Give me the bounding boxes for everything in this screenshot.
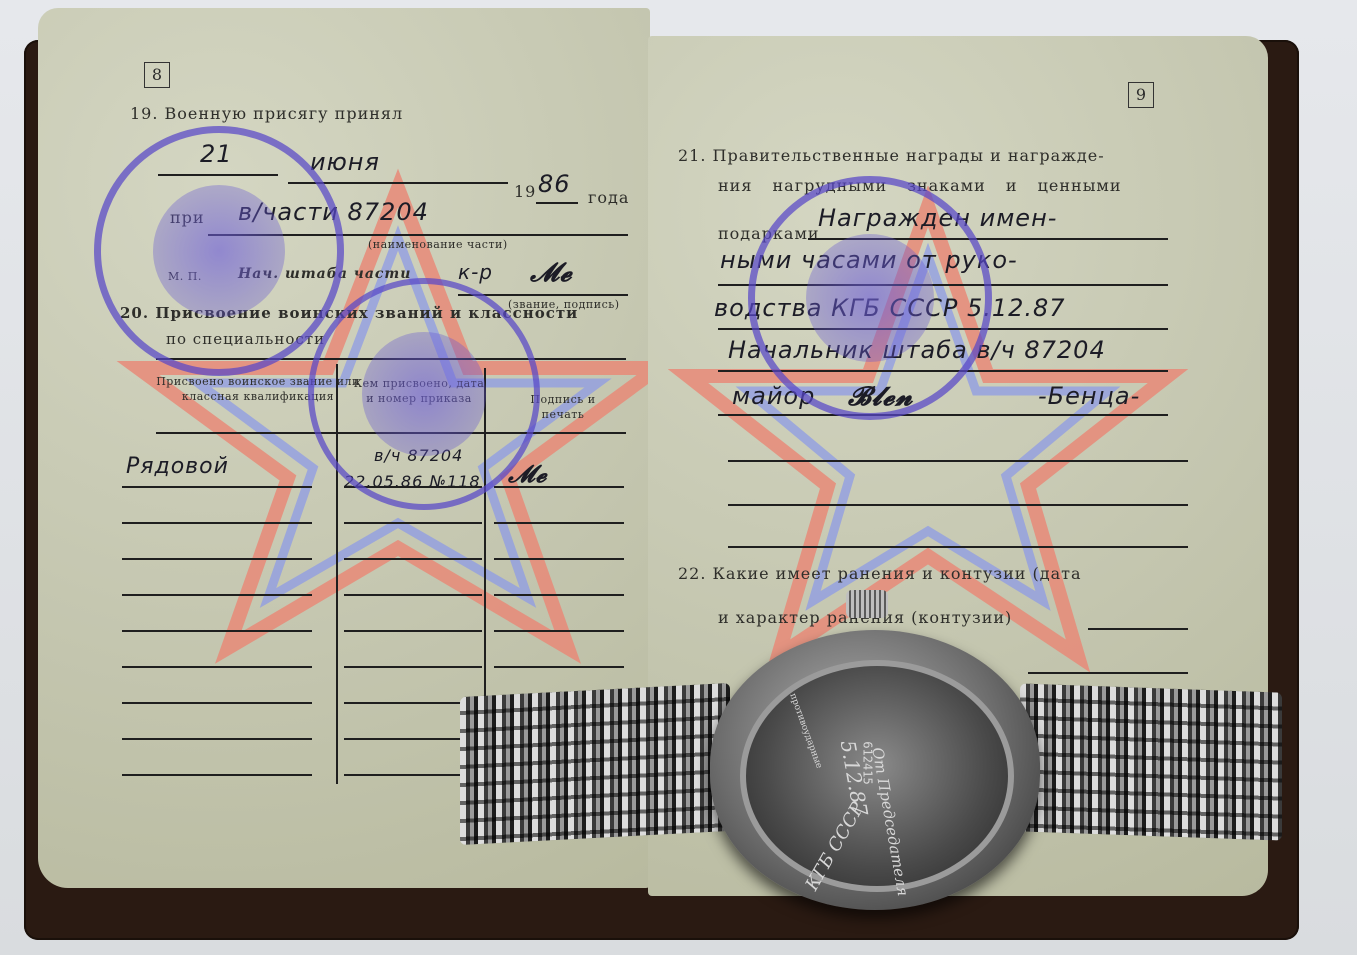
unit-caption: (наименование части) xyxy=(368,238,508,251)
page-number: 8 xyxy=(144,62,170,88)
rule xyxy=(718,414,1168,416)
table-row-rule xyxy=(122,630,312,632)
table-row-rule xyxy=(122,594,312,596)
table-row-rule xyxy=(494,558,624,560)
wristwatch: От Председателя КГБ СССР 5.12.87 противо… xyxy=(460,590,1280,910)
table-row-rule xyxy=(122,486,312,488)
signature-1: 𝓜𝓮 xyxy=(530,258,573,289)
item22-heading-1: 22. Какие имеет ранения и контузии (дата xyxy=(678,564,1082,583)
rule xyxy=(728,546,1188,548)
year-word: года xyxy=(588,188,629,207)
item19-heading: 19. Военную присягу принял xyxy=(130,104,403,123)
signer-rank: к-р xyxy=(458,260,493,284)
table-row-rule xyxy=(122,702,312,704)
table-row-rule xyxy=(344,558,482,560)
watch-bracelet-right xyxy=(1020,683,1282,840)
table-row-rule xyxy=(122,738,312,740)
table-rank: Рядовой xyxy=(126,454,229,479)
watch-bracelet-left xyxy=(460,683,730,845)
page-number: 9 xyxy=(1128,82,1154,108)
rule xyxy=(728,504,1188,506)
table-row-rule xyxy=(494,486,624,488)
table-row-rule xyxy=(344,522,482,524)
year-line xyxy=(536,202,578,204)
year-prefix: 19 xyxy=(514,182,536,201)
rule xyxy=(728,460,1188,462)
watch-crown xyxy=(846,590,888,618)
engraving-inner-ring: противоударные xyxy=(787,692,823,770)
oath-year: 86 xyxy=(538,170,571,198)
watch-case: От Председателя КГБ СССР 5.12.87 противо… xyxy=(710,630,1040,910)
item21-heading-1: 21. Правительственные награды и награжде… xyxy=(678,146,1105,165)
table-row-rule xyxy=(122,522,312,524)
table-row-rule xyxy=(122,774,312,776)
table-row-rule xyxy=(122,558,312,560)
official-stamp-2 xyxy=(308,278,540,510)
table-row-rule xyxy=(122,666,312,668)
official-stamp-3 xyxy=(748,176,992,420)
table-row-rule xyxy=(494,522,624,524)
official-stamp-1 xyxy=(94,126,344,376)
engraving-top: От Председателя xyxy=(868,746,912,898)
watch-caseback: От Председателя КГБ СССР 5.12.87 противо… xyxy=(740,660,1014,892)
award-line-6: -Бенца- xyxy=(1038,382,1140,410)
oath-month: июня xyxy=(310,148,380,176)
engraving-serial: 612415 xyxy=(861,741,875,784)
